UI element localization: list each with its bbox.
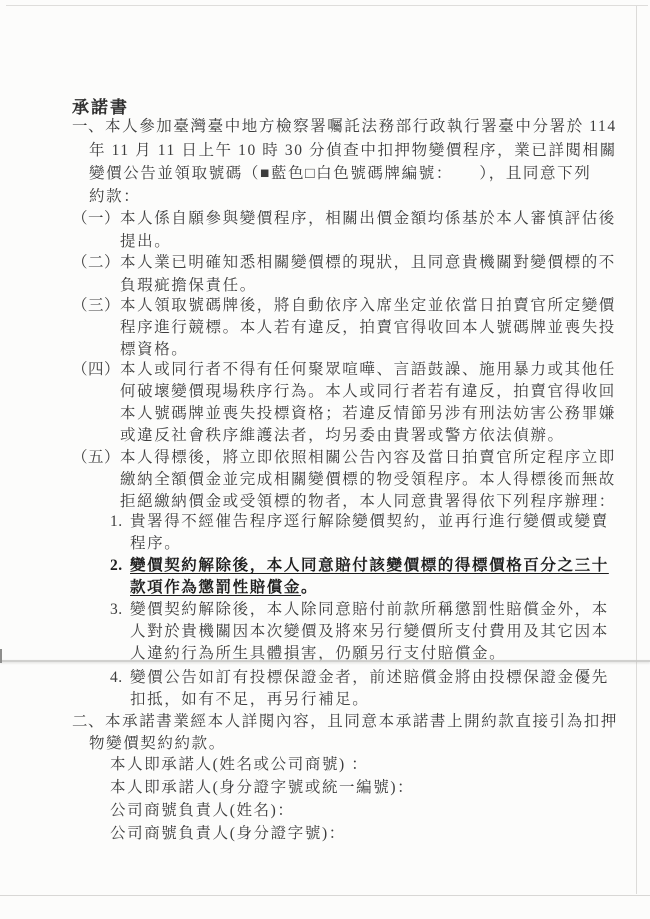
- document-line: 貴署得不經催告程序逕行解除變價契約，並再行進行變價或變賣: [130, 512, 609, 531]
- document-line: 程序進行競標。本人若有違反，拍賣官得收回本人號碼牌並喪失投: [120, 318, 616, 337]
- list-marker: 1.: [110, 512, 123, 531]
- document-line: 本人號碼牌並喪失投標資格；若違反情節另涉有刑法妨害公務罪嫌: [120, 404, 616, 423]
- list-marker: （一）: [72, 209, 120, 228]
- list-marker: 4.: [110, 668, 123, 687]
- document-line: 程序。: [130, 534, 181, 553]
- list-marker: 一、: [72, 117, 104, 136]
- document-line: 變價公告如訂有投標保證金者，前述賠償金將由投標保證金優先: [130, 668, 609, 687]
- scan-seam-notch: [0, 649, 2, 663]
- document-line: 提出。: [120, 232, 171, 251]
- document-line: 變價公告並領取號碼（■藍色□白色號碼牌編號： ），且同意下列: [89, 164, 591, 183]
- document-title: 承諾書: [72, 93, 129, 118]
- document-line: 公司商號負責人(身分證字號)：: [110, 824, 346, 843]
- list-marker: 二、: [72, 712, 104, 731]
- document-line: 何破壞變價現場秩序行為。本人或同行者若有違反，拍賣官得收回: [120, 382, 616, 401]
- document-line: 本人參加臺灣臺中地方檢察署囑託法務部行政執行署臺中分署於 114: [105, 117, 617, 136]
- list-marker: （三）: [72, 296, 120, 315]
- document-line: 標資格。: [120, 340, 188, 359]
- document-line: 約款：: [89, 187, 140, 206]
- document-line: 物變價契約約款。: [89, 734, 226, 753]
- document-line: 負瑕疵擔保責任。: [120, 276, 257, 295]
- document-line: 款項作為懲罰性賠償金。: [130, 578, 318, 597]
- document-line: 人對於貴機關因本次變價及將來另行變價所支付費用及其它因本: [130, 622, 609, 641]
- document-line: 拒絕繳納價金或受領標的物者，本人同意貴署得依下列程序辦理：: [120, 492, 616, 511]
- document-line: 人違約行為所生具體損害，仍願另行支付賠償金。: [130, 644, 506, 663]
- document-line: 本人得標後，將立即依照相關公告內容及當日拍賣官所定程序立即: [120, 448, 616, 467]
- document-line: 變價契約解除後，本人同意賠付該變價標的得標價格百分之三十: [130, 556, 609, 575]
- list-marker: （四）: [72, 360, 120, 379]
- document-line: 公司商號負責人(姓名)：: [110, 801, 295, 820]
- document-line: 繳納全額價金並完成相關變價標的物受領程序。本人得標後而無故: [120, 470, 616, 489]
- scan-bottom-seam-line: [0, 895, 650, 896]
- document-line: 扣抵，如有不足，再另行補足。: [130, 690, 369, 709]
- list-marker: 2.: [110, 556, 123, 575]
- list-marker: （五）: [72, 448, 120, 467]
- document-line: 本人係自願參與變價程序，相關出價金額均係基於本人審慎評估後: [120, 209, 616, 228]
- scan-right-edge-line: [636, 6, 637, 894]
- document-line: 本承諾書業經本人詳閱內容，且同意本承諾書上開約款直接引為扣押: [105, 712, 618, 731]
- list-marker: 3.: [110, 600, 123, 619]
- document-line: 變價契約解除後，本人除同意賠付前款所稱懲罰性賠償金外，本: [130, 600, 609, 619]
- document-line: 本人或同行者不得有任何聚眾喧嘩、言語鼓譟、施用暴力或其他任: [120, 360, 616, 379]
- document-line: 或違反社會秩序維護法者，均另委由貴署或警方依法偵辦。: [120, 426, 565, 445]
- scanned-document-page: 承諾書 一、本人參加臺灣臺中地方檢察署囑託法務部行政執行署臺中分署於 114年 …: [0, 0, 650, 919]
- document-line: 本人即承諾人(身分證字號或統一編號)：: [110, 778, 414, 797]
- document-line: 本人即承諾人(姓名或公司商號) ：: [110, 755, 368, 774]
- list-marker: （二）: [72, 253, 120, 272]
- document-line: 本人領取號碼牌後，將自動依序入席坐定並依當日拍賣官所定變價: [120, 296, 616, 315]
- scan-top-edge-line: [6, 5, 648, 6]
- document-line: 年 11 月 11 日上午 10 時 30 分偵查中扣押物變價程序，業已詳閱相關: [89, 141, 617, 160]
- document-line: 本人業已明確知悉相關變價標的現狀，且同意貴機關對變價標的不: [120, 253, 616, 272]
